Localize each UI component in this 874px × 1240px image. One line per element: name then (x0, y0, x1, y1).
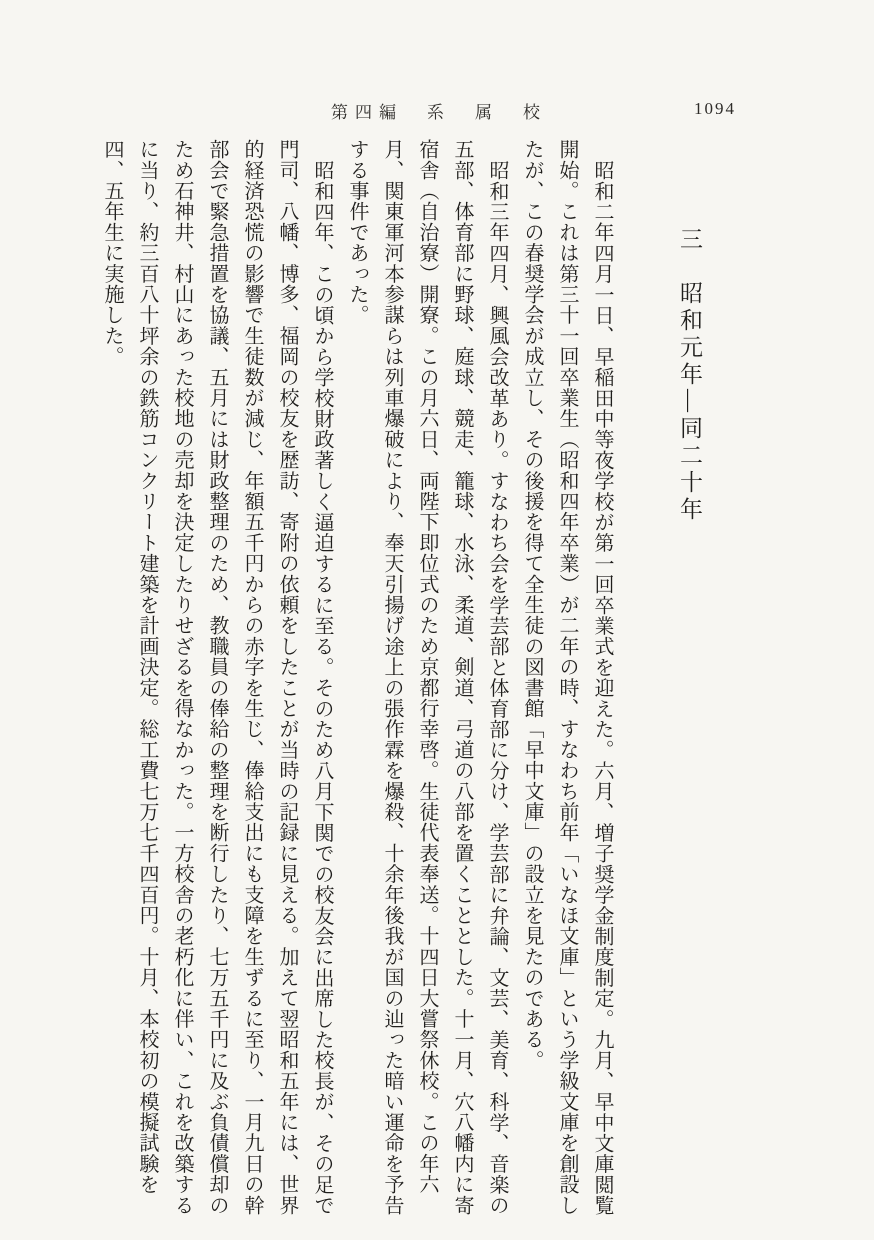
paragraph-showa-2: 昭和二年四月一日、早稲田中等夜学校が第一回卒業式を迎えた。六月、増子奨学金制度制… (514, 139, 619, 1219)
running-head-section-label: 第四編 系 属 校 (331, 98, 547, 123)
vertical-text-body: 三 昭和元年―同二十年 昭和二年四月一日、早稲田中等夜学校が第一回卒業式を迎えた… (94, 139, 706, 1219)
paragraph-showa-3: 昭和三年四月、興風会改革あり。すなわち会を学芸部と体育部に分け、学芸部に弁論、文… (339, 139, 514, 1219)
page-number: 1094 (694, 99, 736, 119)
paragraph-showa-4: 昭和四年、この頃から学校財政著しく逼迫するに至る。そのため八月下関での校友会に出… (94, 139, 339, 1219)
chapter-title: 三 昭和元年―同二十年 (673, 139, 706, 1219)
book-page: 第四編 系 属 校 1094 三 昭和元年―同二十年 昭和二年四月一日、早稲田中… (0, 0, 874, 1240)
